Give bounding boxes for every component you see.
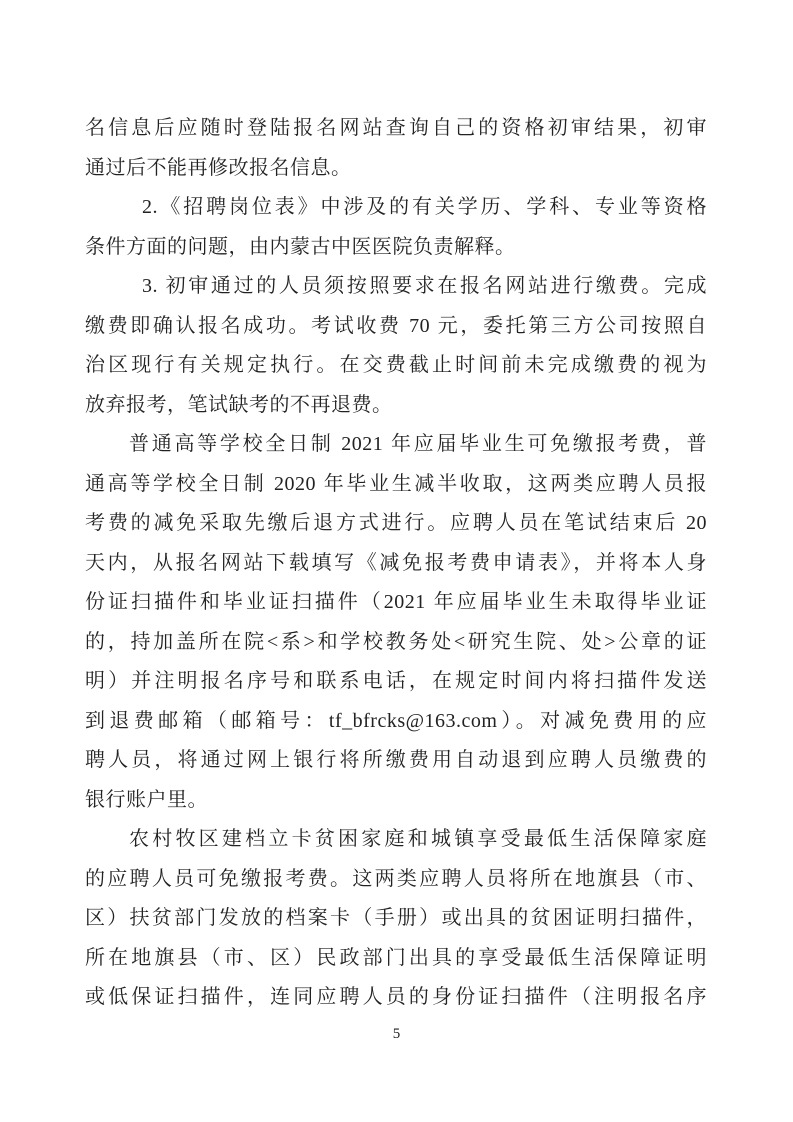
text-line: 治区现行有关规定执行。在交费截止时间前未完成缴费的视为 [85,346,707,386]
text-line: 天内，从报名网站下载填写《减免报考费申请表》，并将本人身 [85,544,707,584]
text-line: 通过后不能再修改报名信息。 [85,149,707,189]
text-line: 明）并注明报名序号和联系电话，在规定时间内将扫描件发送 [85,662,707,702]
text-line: 放弃报考，笔试缺考的不再退费。 [85,386,707,426]
text-line: 区）扶贫部门发放的档案卡（手册）或出具的贫困证明扫描件， [85,899,707,939]
text-line: 到退费邮箱（邮箱号：tf_bfrcks@163.com）。对减免费用的应 [85,702,707,742]
text-line: 通高等学校全日制 2020 年毕业生减半收取，这两类应聘人员报 [85,465,707,505]
text-line: 缴费即确认报名成功。考试收费 70 元，委托第三方公司按照自 [85,307,707,347]
text-line: 2.《招聘岗位表》中涉及的有关学历、学科、专业等资格 [85,188,707,228]
page-number: 5 [0,1024,793,1044]
text-line: 或低保证扫描件，连同应聘人员的身份证扫描件（注明报名序 [85,978,707,1018]
text-line: 银行账户里。 [85,781,707,821]
text-line: 所在地旗县（市、区）民政部门出具的享受最低生活保障证明 [85,939,707,979]
text-line: 名信息后应随时登陆报名网站查询自己的资格初审结果，初审 [85,109,707,149]
text-line: 考费的减免采取先缴后退方式进行。应聘人员在笔试结束后 20 [85,504,707,544]
document-body: 名信息后应随时登陆报名网站查询自己的资格初审结果，初审 通过后不能再修改报名信息… [85,109,707,1018]
text-line: 条件方面的问题，由内蒙古中医医院负责解释。 [85,228,707,268]
text-line: 普通高等学校全日制 2021 年应届毕业生可免缴报考费，普 [85,425,707,465]
text-line: 的应聘人员可免缴报考费。这两类应聘人员将所在地旗县（市、 [85,860,707,900]
text-line: 的，持加盖所在院<系>和学校教务处<研究生院、处>公章的证 [85,623,707,663]
text-line: 聘人员，将通过网上银行将所缴费用自动退到应聘人员缴费的 [85,741,707,781]
text-line: 份证扫描件和毕业证扫描件（2021 年应届毕业生未取得毕业证 [85,583,707,623]
text-line: 农村牧区建档立卡贫困家庭和城镇享受最低生活保障家庭 [85,820,707,860]
document-page: 名信息后应随时登陆报名网站查询自己的资格初审结果，初审 通过后不能再修改报名信息… [0,0,793,1122]
text-line: 3. 初审通过的人员须按照要求在报名网站进行缴费。完成 [85,267,707,307]
